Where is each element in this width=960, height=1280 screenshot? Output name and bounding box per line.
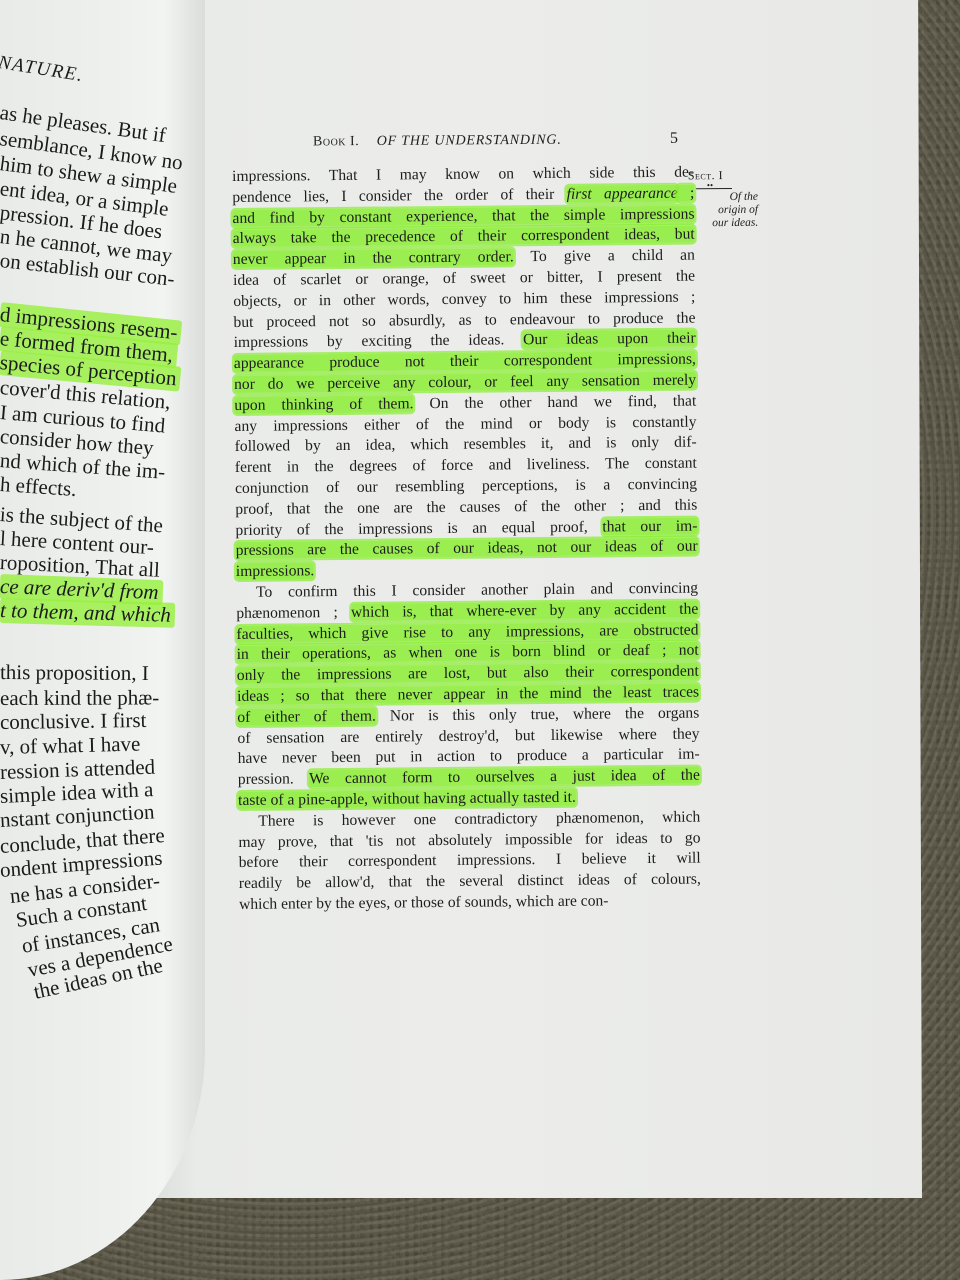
highlighted-text: Our ideas upon their	[523, 330, 696, 349]
text-line: this proposition, I	[0, 660, 149, 686]
text-span: idea of scarlet or orange, of sweet or b…	[233, 268, 695, 289]
highlighted-text: never appear in the contrary order.	[233, 248, 514, 268]
left-page: NATURE. as he pleases. But ifsemblance, …	[0, 0, 205, 1280]
text-span: pendence lies, I consider the order of t…	[232, 186, 566, 206]
text-span: impressions by exciting the ideas.	[234, 332, 524, 352]
text-span: Nor is this only true, where the organs	[376, 704, 700, 724]
gloss-line: our ideas.	[688, 217, 758, 231]
page-number: 5	[670, 130, 678, 148]
highlighted-text: ;	[678, 184, 695, 201]
highlighted-text: pressions are the causes of our ideas, n…	[236, 538, 698, 559]
text-span: followed by an idea, which resembles it,…	[235, 434, 697, 455]
text-span: phænomenon ;	[236, 604, 351, 622]
text-line: readily be allow'd, that the several dis…	[239, 870, 701, 895]
text-span: which enter by the eyes, or those of sou…	[239, 892, 609, 913]
ornament-rule	[696, 188, 732, 189]
margin-gloss: Of the origin of our ideas.	[688, 191, 758, 231]
left-running-head: NATURE.	[0, 52, 85, 87]
text-span: priority of the impressions is an equal …	[235, 518, 602, 539]
highlighted-text: first appearance	[567, 185, 678, 203]
text-span: any impressions either of the mind or bo…	[234, 413, 696, 434]
text-span: conjunction of our resembling perception…	[235, 476, 697, 497]
highlighted-text: that our im-	[602, 517, 697, 535]
margin-note: Sect. I Of the origin of our ideas.	[688, 168, 769, 231]
running-head: Book I. OF THE UNDERSTANDING. 5	[313, 132, 713, 151]
text-span: readily be allow'd, that the several dis…	[239, 871, 701, 892]
section-title: OF THE UNDERSTANDING.	[377, 133, 562, 149]
text-line: h effects.	[0, 472, 77, 502]
text-span: objects, or in other words, convey to hi…	[233, 288, 695, 309]
highlighted-text-line: t to them, and which	[0, 598, 175, 628]
highlighted-text: always take the precedence of their corr…	[233, 226, 695, 247]
highlighted-text: taste of a pine-apple, without having ac…	[238, 789, 576, 809]
text-line: pression. We cannot form to ourselves a …	[238, 766, 700, 791]
highlighted-text: in their operations, as when one is born…	[237, 642, 699, 663]
text-span: have never been put in action to produce…	[238, 746, 700, 767]
text-span: before their correspondent impressions. …	[239, 850, 701, 871]
highlighted-text: impressions.	[236, 562, 315, 580]
highlighted-text: We cannot form to ourselves a just idea …	[309, 767, 700, 788]
highlighted-text: which is, that where-ever by any acciden…	[351, 600, 698, 620]
highlighted-text: faculties, which give rise to any impres…	[236, 621, 698, 642]
text-span: There is however one contradictory phæno…	[258, 808, 700, 829]
highlighted-text: and find by constant experience, that th…	[232, 205, 694, 226]
text-span: ferent in the degrees of force and livel…	[235, 455, 697, 476]
highlighted-text: of either of them.	[237, 707, 376, 725]
highlighted-text: only the impressions are lost, but also …	[237, 663, 699, 684]
highlighted-text: upon thinking of them.	[234, 395, 413, 414]
text-span: impressions. That I may know on which si…	[232, 164, 694, 185]
text-span: may prove, that 'tis not absolutely impo…	[238, 829, 700, 850]
text-span: To confirm this I consider another plain…	[256, 579, 698, 600]
gloss-line: Of the	[688, 191, 758, 205]
text-line: which enter by the eyes, or those of sou…	[239, 890, 701, 915]
text-span: proof, that the one are the causes of th…	[235, 496, 697, 517]
text-span: To give a child an	[514, 247, 695, 266]
highlighted-text: appearance produce not their corresponde…	[234, 351, 696, 372]
highlighted-text: ideas ; so that there never appear in th…	[237, 683, 699, 704]
section-marker: Sect. I	[688, 168, 768, 184]
book-label: Book I.	[313, 134, 359, 149]
highlighted-text: nor do we perceive any colour, or feel a…	[234, 372, 696, 393]
page-body-text: impressions. That I may know on which si…	[232, 163, 701, 916]
text-span: of sensation are entirely destroy'd, but…	[237, 725, 699, 746]
text-span: On the other hand we find, that	[413, 392, 696, 412]
text-span: pression.	[238, 770, 309, 788]
gloss-line: origin of	[688, 204, 758, 218]
text-span: but proceed not so absurdly, as to endea…	[233, 309, 695, 330]
